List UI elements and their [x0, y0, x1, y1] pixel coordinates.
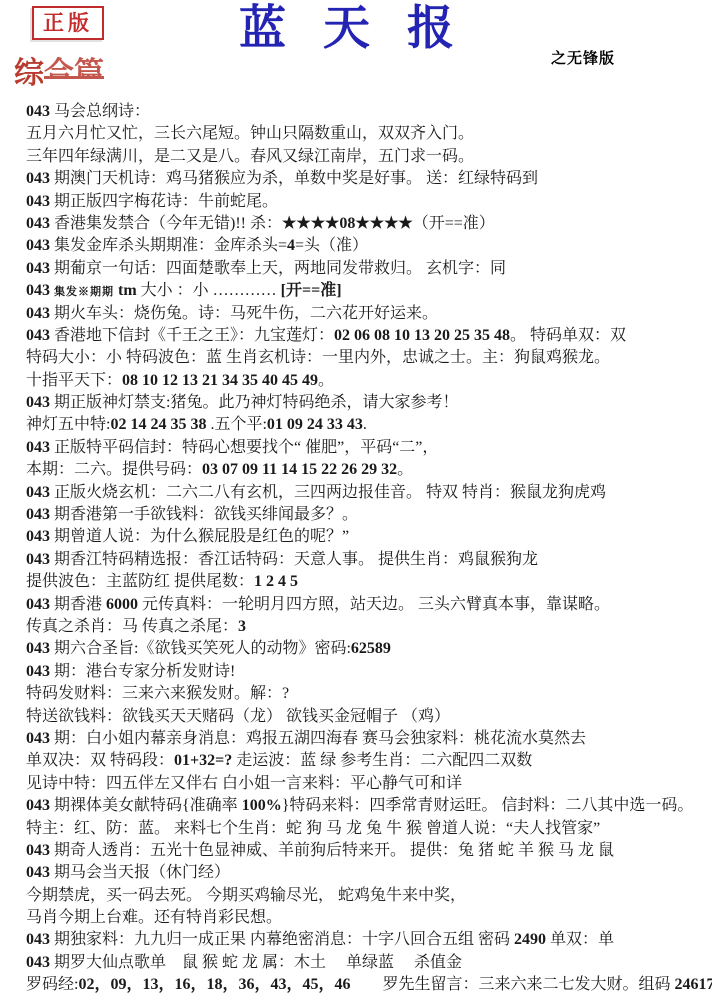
text-segment: 043: [26, 282, 50, 299]
text-line: 本期：二六。提供号码：03 07 09 11 14 15 22 26 29 32…: [26, 459, 712, 481]
text-line: 五月六月忙又忙，三长六尾短。钟山只隔数重山，双双齐入门。: [26, 123, 712, 145]
page-title: 蓝天报: [239, 0, 491, 58]
text-line: 十指平天下：08 10 12 13 21 34 35 40 45 49。: [26, 370, 712, 392]
text-segment: 043: [26, 260, 50, 277]
text-line: 三年四年绿满川，是二又是八。春风又绿江南岸，五门求一码。: [26, 146, 712, 168]
text-segment: 043: [26, 506, 50, 523]
text-segment: 。: [397, 461, 413, 478]
text-line: 043 集发※期期 tm 大小 ：小 ………… [开==准]: [26, 280, 712, 302]
text-segment: 正版特平码信封：特码心想要找个“ 催肥”，平码“二”，: [50, 439, 438, 456]
text-segment: 单双决：双 特码段：: [26, 752, 174, 769]
text-line: 神灯五中特:02 14 24 35 38 .五个平:01 09 24 33 43…: [26, 414, 712, 436]
text-segment: 期马会当天报（休门经）: [50, 864, 230, 881]
text-segment: 期罗大仙点歌单 鼠 猴 蛇 龙 属：木土 单绿蓝 杀值金: [50, 954, 462, 971]
content-lines: 043 马会总纲诗：五月六月忙又忙，三长六尾短。钟山只隔数重山，双双齐入门。三年…: [26, 101, 712, 997]
text-segment: [开==准]: [281, 282, 342, 299]
text-segment: 043: [26, 864, 50, 881]
text-segment: .五个平:: [206, 416, 266, 433]
text-line: 今期禁虎，买一码去死。 今期买鸡输尽光， 蛇鸡兔牛来中奖，: [26, 885, 712, 907]
text-segment: 特码发财料：三来六来猴发财。解：?: [26, 685, 289, 702]
text-segment: 043: [26, 305, 50, 322]
text-segment: 。: [318, 372, 334, 389]
section-heading-first: 综: [14, 57, 44, 90]
text-line: 043 期火车头：烧伤兔。诗：马死牛伤，二六花开好运来。: [26, 303, 712, 325]
section-heading-rest: 合篇: [44, 56, 104, 79]
text-segment: 走运波：蓝 绿 参考生肖：二六配四二双数: [232, 752, 532, 769]
text-segment: 62589: [351, 640, 391, 657]
text-segment: 期香江特码精选报：香江话特码：天意人事。 提供生肖：鸡鼠猴狗龙: [50, 551, 538, 568]
text-segment: 期奇人透肖：五光十色显神威、羊前狗后特来开。 提供：兔 猪 蛇 羊 猴 马 龙 …: [50, 842, 614, 859]
text-segment: .: [363, 416, 367, 433]
text-segment: 香港地下信封《千王之王》：九宝莲灯：: [50, 327, 334, 344]
text-segment: }特码来料：四季常青财运旺。 信封料：二八其中选一码。: [282, 797, 694, 814]
text-segment: （开==准）: [413, 215, 495, 232]
text-segment: 集发金库杀头期期准：金库杀头=: [50, 237, 287, 254]
text-line: 罗码经:02，09，13，16，18，36，43，45，46 罗先生留言：三来六…: [26, 974, 712, 996]
text-line: 043 期香港 6000 元传真料：一轮明月四方照，站天边。 三头六臂真本事，靠…: [26, 594, 712, 616]
text-line: 043 期：白小姐内幕亲身消息：鸡报五湖四海春 赛马会独家料：桃花流水莫然去: [26, 728, 712, 750]
text-line: 马肖今期上台难。还有特肖彩民想。: [26, 907, 712, 929]
text-line: 043 期葡京一句话：四面楚歌奉上天，两地同发带救归。 玄机字：同: [26, 258, 712, 280]
text-segment: 3: [238, 618, 246, 635]
text-segment: 2490: [514, 931, 546, 948]
text-segment: 043: [26, 596, 50, 613]
text-line: 043 期香港第一手欲钱料：欲钱买绯闻最多？。: [26, 504, 712, 526]
text-segment: 香港集发禁合（今年无错)!! 杀：: [50, 215, 282, 232]
text-line: 043 香港集发禁合（今年无错)!! 杀：★★★★08★★★★（开==准）: [26, 213, 712, 235]
text-segment: 神灯五中特:: [26, 416, 110, 433]
text-segment: 特送欲钱料：欲钱买天天赌码（龙） 欲钱买金冠帽子 （鸡）: [26, 708, 450, 725]
text-line: 043 期马会当天报（休门经）: [26, 862, 712, 884]
text-line: 043 马会总纲诗：: [26, 101, 712, 123]
text-line: 传真之杀肖：马 传真之杀尾：3: [26, 616, 712, 638]
text-segment: 100%: [242, 797, 282, 814]
text-segment: 。 特码单双：双: [510, 327, 626, 344]
text-segment: 本期：二六。提供号码：: [26, 461, 202, 478]
text-segment: 三年四年绿满川，是二又是八。春风又绿江南岸，五门求一码。: [26, 148, 474, 165]
text-line: 043 期裸体美女献特码{准确率 100%}特码来料：四季常青财运旺。 信封料：…: [26, 795, 712, 817]
text-segment: 期独家料：九九归一成正果 内幕绝密消息：十字八回合五组 密码: [50, 931, 514, 948]
text-segment: 02，09，13，16，18，36，43，45，46: [78, 976, 350, 993]
text-segment: 02 06 08 10 13 20 25 35 48: [334, 327, 510, 344]
text-line: 043 香港地下信封《千王之王》：九宝莲灯：02 06 08 10 13 20 …: [26, 325, 712, 347]
text-segment: 罗码经:: [26, 976, 78, 993]
text-segment: 见诗中特：四五伴左又伴右 白小姐一言来料：平心静气可和详: [26, 775, 462, 792]
text-segment: 罗先生留言：三来六来二七发大财。组码: [350, 976, 674, 993]
text-segment: 246179: [674, 976, 712, 993]
text-segment: 043: [26, 103, 50, 120]
edition-label: 之无锋版: [551, 47, 615, 68]
text-segment: 4: [287, 237, 295, 254]
text-line: 043 期正版四字梅花诗：牛前蛇尾。: [26, 191, 712, 213]
text-line: 043 期六合圣旨:《欲钱买笑死人的动物》密码:62589: [26, 638, 712, 660]
text-line: 特送欲钱料：欲钱买天天赌码（龙） 欲钱买金冠帽子 （鸡）: [26, 706, 712, 728]
text-segment: 043: [26, 663, 50, 680]
text-segment: 043: [26, 170, 50, 187]
text-segment: 期葡京一句话：四面楚歌奉上天，两地同发带救归。 玄机字：同: [50, 260, 506, 277]
text-segment: 五月六月忙又忙，三长六尾短。钟山只隔数重山，双双齐入门。: [26, 125, 474, 142]
text-segment: 043: [26, 439, 50, 456]
text-segment: 043: [26, 484, 50, 501]
text-segment: 期曾道人说：为什么猴屁股是红色的呢？”: [50, 528, 349, 545]
text-line: 043 期独家料：九九归一成正果 内幕绝密消息：十字八回合五组 密码 2490 …: [26, 929, 712, 951]
text-segment: =头（准）: [295, 237, 368, 254]
text-segment: 今期禁虎，买一码去死。 今期买鸡输尽光， 蛇鸡兔牛来中奖，: [26, 887, 466, 904]
text-segment: 十指平天下：: [26, 372, 122, 389]
text-line: 043 集发金库杀头期期准：金库杀头=4=头（准）: [26, 235, 712, 257]
text-segment: 043: [26, 394, 50, 411]
text-segment: 正版火烧玄机：二六二八有玄机，三四两边报佳音。 特双 特肖：猴鼠龙狗虎鸡: [50, 484, 606, 501]
text-segment: 大小 ：小 …………: [137, 282, 281, 299]
text-segment: 043: [26, 797, 50, 814]
text-segment: 期裸体美女献特码{准确率: [50, 797, 242, 814]
text-segment: 1 2 4 5: [254, 573, 298, 590]
text-line: 043 正版火烧玄机：二六二八有玄机，三四两边报佳音。 特双 特肖：猴鼠龙狗虎鸡: [26, 482, 712, 504]
text-segment: 期澳门天机诗：鸡马猪猴应为杀，单数中奖是好事。 送：红绿特码到: [50, 170, 538, 187]
text-line: 特主：红、防：蓝。 来料七个生肖：蛇 狗 马 龙 兔 牛 猴 曾道人说：“夫人找…: [26, 818, 712, 840]
text-line: 043 期香江特码精选报：香江话特码：天意人事。 提供生肖：鸡鼠猴狗龙: [26, 549, 712, 571]
text-segment: 集发※期期: [54, 286, 114, 298]
text-line: 特码大小：小 特码波色：蓝 生肖玄机诗：一里内外，忠诚之士。主：狗鼠鸡猴龙。: [26, 347, 712, 369]
text-segment: 043: [26, 193, 50, 210]
text-segment: 08 10 12 13 21 34 35 40 45 49: [122, 372, 318, 389]
text-line: 043 期：港台专家分析发财诗!: [26, 661, 712, 683]
text-line: 043 期罗大仙点歌单 鼠 猴 蛇 龙 属：木土 单绿蓝 杀值金: [26, 952, 712, 974]
text-segment: 期：港台专家分析发财诗!: [50, 663, 235, 680]
text-segment: 043: [26, 842, 50, 859]
text-segment: 单双：单: [546, 931, 614, 948]
text-line: 见诗中特：四五伴左又伴右 白小姐一言来料：平心静气可和详: [26, 773, 712, 795]
text-segment: 6000: [106, 596, 138, 613]
text-segment: 043: [26, 528, 50, 545]
text-segment: 043: [26, 551, 50, 568]
text-segment: 043: [26, 327, 50, 344]
text-segment: 03 07 09 11 14 15 22 26 29 32: [202, 461, 397, 478]
text-segment: 043: [26, 237, 50, 254]
text-segment: 01+32=?: [174, 752, 232, 769]
text-segment: 043: [26, 640, 50, 657]
text-segment: tm: [118, 282, 137, 299]
text-segment: 01 09 24 33 43: [267, 416, 363, 433]
text-segment: 马会总纲诗：: [50, 103, 150, 120]
text-segment: 043: [26, 954, 50, 971]
text-line: 043 期澳门天机诗：鸡马猪猴应为杀，单数中奖是好事。 送：红绿特码到: [26, 168, 712, 190]
text-line: 043 期奇人透肖：五光十色显神威、羊前狗后特来开。 提供：兔 猪 蛇 羊 猴 …: [26, 840, 712, 862]
text-segment: 043: [26, 730, 50, 747]
text-segment: 期正版神灯禁支:猪兔。此乃神灯特码绝杀，请大家参考！: [50, 394, 458, 411]
text-line: 043 期正版神灯禁支:猪兔。此乃神灯特码绝杀，请大家参考！: [26, 392, 712, 414]
text-segment: 马肖今期上台难。还有特肖彩民想。: [26, 909, 282, 926]
text-line: 043 期曾道人说：为什么猴屁股是红色的呢？”: [26, 526, 712, 548]
text-line: 单双决：双 特码段：01+32=? 走运波：蓝 绿 参考生肖：二六配四二双数: [26, 750, 712, 772]
text-segment: 期：白小姐内幕亲身消息：鸡报五湖四海春 赛马会独家料：桃花流水莫然去: [50, 730, 586, 747]
text-segment: 期火车头：烧伤兔。诗：马死牛伤，二六花开好运来。: [50, 305, 438, 322]
text-segment: 期香港: [50, 596, 106, 613]
text-segment: 043: [26, 931, 50, 948]
text-segment: 传真之杀肖：马 传真之杀尾：: [26, 618, 238, 635]
text-segment: 提供波色：主蓝防红 提供尾数：: [26, 573, 254, 590]
section-heading: 综合篇: [14, 56, 104, 92]
text-segment: 元传真料：一轮明月四方照，站天边。 三头六臂真本事，靠谋略。: [138, 596, 610, 613]
text-line: 特码发财料：三来六来猴发财。解：?: [26, 683, 712, 705]
text-segment: 特主：红、防：蓝。 来料七个生肖：蛇 狗 马 龙 兔 牛 猴 曾道人说：“夫人找…: [26, 820, 600, 837]
text-segment: 期六合圣旨:《欲钱买笑死人的动物》密码:: [50, 640, 351, 657]
authentic-stamp: 正版: [32, 6, 104, 40]
text-line: 提供波色：主蓝防红 提供尾数：1 2 4 5: [26, 571, 712, 593]
text-segment: 期正版四字梅花诗：牛前蛇尾。: [50, 193, 278, 210]
text-segment: 043: [26, 215, 50, 232]
text-segment: 02 14 24 35 38: [110, 416, 206, 433]
text-segment: 期香港第一手欲钱料：欲钱买绯闻最多？。: [50, 506, 358, 523]
text-segment: 特码大小：小 特码波色：蓝 生肖玄机诗：一里内外，忠诚之士。主：狗鼠鸡猴龙。: [26, 349, 610, 366]
text-line: 043 正版特平码信封：特码心想要找个“ 催肥”，平码“二”，: [26, 437, 712, 459]
text-segment: ★★★★08★★★★: [282, 215, 413, 232]
